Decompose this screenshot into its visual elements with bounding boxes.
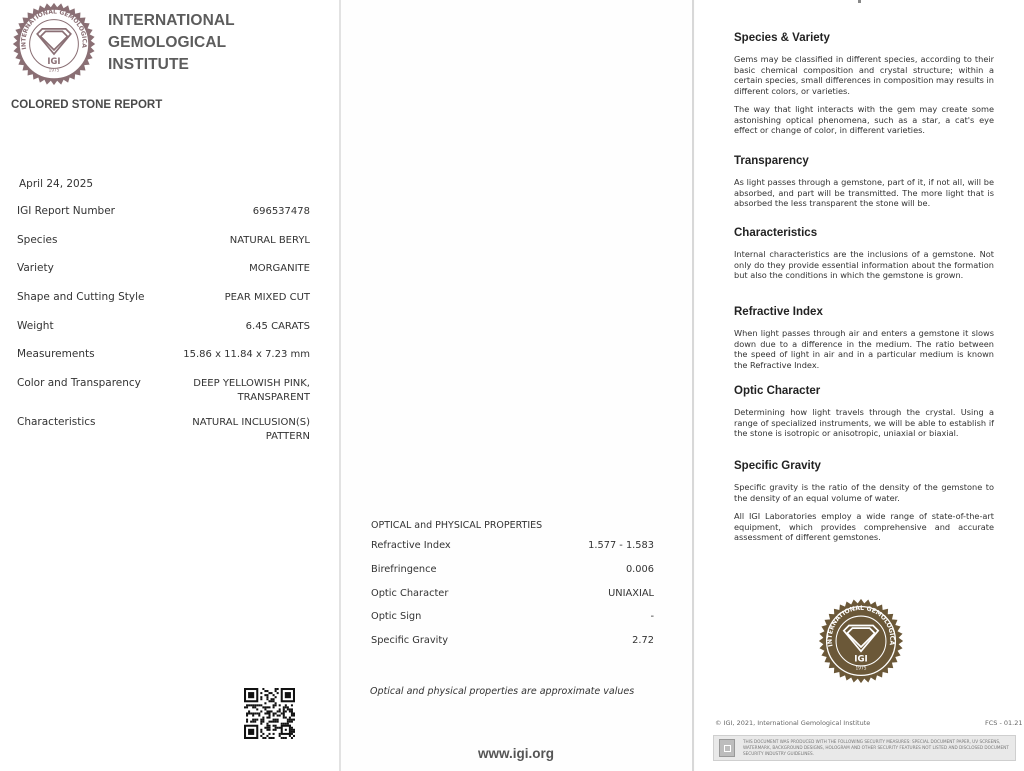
info-section: Refractive IndexWhen light passes throug… xyxy=(734,306,994,378)
property-label: Optic Sign xyxy=(371,611,421,635)
field-label: Shape and Cutting Style xyxy=(17,291,144,320)
field-label: Variety xyxy=(17,262,54,291)
info-paragraph: All IGI Laboratories employ a wide range… xyxy=(734,511,994,543)
property-row: Refractive Index1.577 - 1.583 xyxy=(371,540,654,564)
report-date: April 24, 2025 xyxy=(19,178,93,190)
info-section-title: Species & Variety xyxy=(734,32,994,44)
report-field-row: VarietyMORGANITE xyxy=(17,262,310,291)
report-type-title: COLORED STONE REPORT xyxy=(11,99,162,111)
report-field-row: Shape and Cutting StylePEAR MIXED CUT xyxy=(17,291,310,320)
field-label: Characteristics xyxy=(17,416,96,455)
info-section: TransparencyAs light passes through a ge… xyxy=(734,155,994,217)
info-section: Optic CharacterDetermining how light tra… xyxy=(734,385,994,447)
organization-name: INTERNATIONAL GEMOLOGICAL INSTITUTE xyxy=(108,10,235,76)
fold-mark xyxy=(858,0,861,3)
report-field-row: Color and TransparencyDEEP YELLOWISH PIN… xyxy=(17,377,310,416)
info-paragraph: The way that light interacts with the ge… xyxy=(734,104,994,136)
field-value: PEAR MIXED CUT xyxy=(225,291,310,320)
fold-line xyxy=(692,0,694,771)
svg-text:IGI: IGI xyxy=(854,655,867,665)
report-field-row: Weight6.45 CARATS xyxy=(17,320,310,349)
igi-seal-logo-icon: INTERNATIONAL GEMOLOGICAL INSTITUTEIGI19… xyxy=(10,2,98,86)
field-value: NATURAL BERYL xyxy=(230,234,310,263)
info-section-title: Specific Gravity xyxy=(734,460,994,472)
property-value: - xyxy=(650,611,654,635)
copyright-notice: © IGI, 2021, International Gemological I… xyxy=(715,719,870,727)
property-value: 0.006 xyxy=(626,564,654,588)
field-label: IGI Report Number xyxy=(17,205,115,234)
property-value: 1.577 - 1.583 xyxy=(588,540,654,564)
property-row: Optic CharacterUNIAXIAL xyxy=(371,588,654,612)
info-paragraph: Specific gravity is the ratio of the den… xyxy=(734,482,994,503)
report-field-row: CharacteristicsNATURAL INCLUSION(S) PATT… xyxy=(17,416,310,455)
optical-physical-properties: OPTICAL and PHYSICAL PROPERTIES Refracti… xyxy=(371,520,654,659)
qr-code-icon[interactable] xyxy=(244,688,295,739)
info-section: CharacteristicsInternal characteristics … xyxy=(734,227,994,289)
website-link[interactable]: www.igi.org xyxy=(478,746,554,761)
field-value: 696537478 xyxy=(253,205,310,234)
property-value: UNIAXIAL xyxy=(608,588,654,612)
property-label: Birefringence xyxy=(371,564,437,588)
info-section: Species & VarietyGems may be classified … xyxy=(734,32,994,144)
property-row: Specific Gravity2.72 xyxy=(371,635,654,659)
properties-title: OPTICAL and PHYSICAL PROPERTIES xyxy=(371,520,654,531)
lock-icon xyxy=(719,739,735,757)
property-label: Refractive Index xyxy=(371,540,451,564)
field-label: Weight xyxy=(17,320,54,349)
field-value: MORGANITE xyxy=(249,262,310,291)
form-code: FCS - 01.21 xyxy=(985,719,1023,727)
svg-text:1975: 1975 xyxy=(856,665,867,671)
info-paragraph: As light passes through a gemstone, part… xyxy=(734,177,994,209)
field-label: Color and Transparency xyxy=(17,377,141,416)
property-label: Specific Gravity xyxy=(371,635,448,659)
info-section-title: Optic Character xyxy=(734,385,994,397)
security-notice-text: This document was produced with the foll… xyxy=(743,739,1013,757)
fold-line xyxy=(339,0,341,771)
security-notice-bar: This document was produced with the foll… xyxy=(713,735,1016,761)
field-value: NATURAL INCLUSION(S) PATTERN xyxy=(192,416,310,455)
info-paragraph: Determining how light travels through th… xyxy=(734,407,994,439)
info-paragraph: When light passes through air and enters… xyxy=(734,328,994,370)
info-paragraph: Internal characteristics are the inclusi… xyxy=(734,249,994,281)
field-label: Species xyxy=(17,234,57,263)
grading-results-table: IGI Report Number696537478SpeciesNATURAL… xyxy=(17,205,310,454)
property-row: Optic Sign- xyxy=(371,611,654,635)
field-value: 6.45 CARATS xyxy=(246,320,310,349)
info-section-title: Refractive Index xyxy=(734,306,994,318)
property-value: 2.72 xyxy=(632,635,654,659)
property-row: Birefringence0.006 xyxy=(371,564,654,588)
report-field-row: SpeciesNATURAL BERYL xyxy=(17,234,310,263)
field-value: DEEP YELLOWISH PINK, TRANSPARENT xyxy=(193,377,310,416)
field-label: Measurements xyxy=(17,348,95,377)
info-section-title: Transparency xyxy=(734,155,994,167)
properties-note: Optical and physical properties are appr… xyxy=(370,686,634,697)
info-section: Specific GravitySpecific gravity is the … xyxy=(734,460,994,551)
igi-gold-seal-icon: INTERNATIONAL GEMOLOGICAL INSTITUTEIGI19… xyxy=(817,598,905,684)
info-paragraph: Gems may be classified in different spec… xyxy=(734,54,994,96)
svg-text:1975: 1975 xyxy=(49,68,60,73)
report-field-row: Measurements15.86 x 11.84 x 7.23 mm xyxy=(17,348,310,377)
svg-text:IGI: IGI xyxy=(47,56,60,66)
info-section-title: Characteristics xyxy=(734,227,994,239)
report-field-row: IGI Report Number696537478 xyxy=(17,205,310,234)
field-value: 15.86 x 11.84 x 7.23 mm xyxy=(183,348,310,377)
property-label: Optic Character xyxy=(371,588,448,612)
